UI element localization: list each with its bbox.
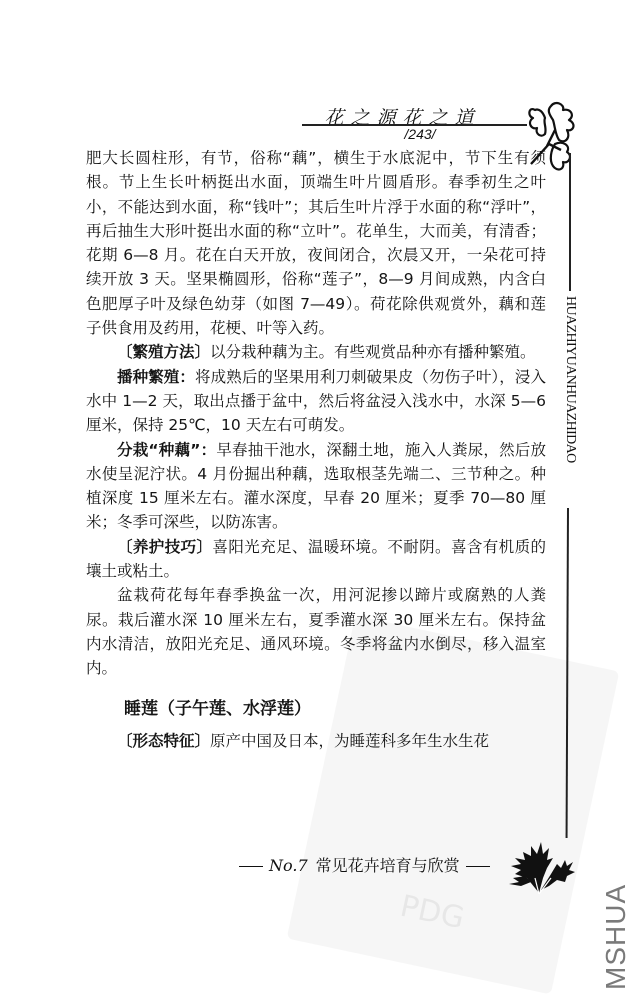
paragraph-sowing: 播种繁殖：将成熟后的坚果用利刀刺破果皮（勿伤子叶），浸入水中 1—2 天，取出点… [86, 365, 546, 438]
paragraph-propagation: 〔繁殖方法〕以分栽种藕为主。有些观赏品种亦有播种繁殖。 [86, 340, 546, 364]
running-footer: No.7常见花卉培育与欣赏 [233, 853, 533, 876]
morphology-text: 原产中国及日本，为睡莲科多年生水生花 [210, 732, 489, 750]
book-page: PDG 花之源花之道 /243/ HUAZHIYUANHUAZHIDAO 肥大长… [0, 0, 639, 1001]
paragraph-care: 〔养护技巧〕喜阳光充足、温暖环境。不耐阴。喜含有机质的壤土或粘土。 [86, 535, 546, 584]
sowing-label: 播种繁殖： [117, 368, 195, 386]
side-running-title: HUAZHIYUANHUAZHIDAO [561, 296, 579, 506]
paragraph-lotus-description: 肥大长圆柱形，有节，俗称“藕”，横生于水底泥中，节下生有须根。节上生长叶柄挺出水… [86, 146, 546, 340]
care-label: 〔养护技巧〕 [117, 538, 212, 556]
body-text: 肥大长圆柱形，有节，俗称“藕”，横生于水底泥中，节下生有须根。节上生长叶柄挺出水… [86, 146, 546, 753]
propagation-text: 以分栽种藕为主。有些观赏品种亦有播种繁殖。 [210, 343, 536, 361]
paragraph-morphology: 〔形态特征〕原产中国及日本，为睡莲科多年生水生花 [86, 729, 546, 753]
side-rule-top [569, 153, 571, 291]
morphology-label: 〔形态特征〕 [117, 732, 210, 750]
page-number: /243/ [390, 126, 450, 142]
paragraph-division: 分栽“种藕”：早春抽干池水，深翻土地，施入人粪尿，然后放水使呈泥泞状。4 月份掘… [86, 438, 546, 535]
propagation-label: 〔繁殖方法〕 [117, 343, 210, 361]
paragraph-potted: 盆栽荷花每年春季换盆一次，用河泥掺以蹄片或腐熟的人粪尿。栽后灌水深 10 厘米左… [86, 583, 546, 680]
division-label: 分栽“种藕”： [117, 441, 216, 459]
section-heading-water-lily: 睡莲（子午莲、水浮莲） [86, 697, 546, 721]
corner-watermark: MSHUA [600, 880, 632, 990]
footer-dash-left [239, 866, 263, 868]
chapter-title: 常见花卉培育与欣赏 [316, 856, 460, 875]
chapter-number: No.7 [269, 856, 308, 875]
footer-dash-right [466, 866, 490, 868]
pine-sprig-icon [505, 838, 575, 898]
